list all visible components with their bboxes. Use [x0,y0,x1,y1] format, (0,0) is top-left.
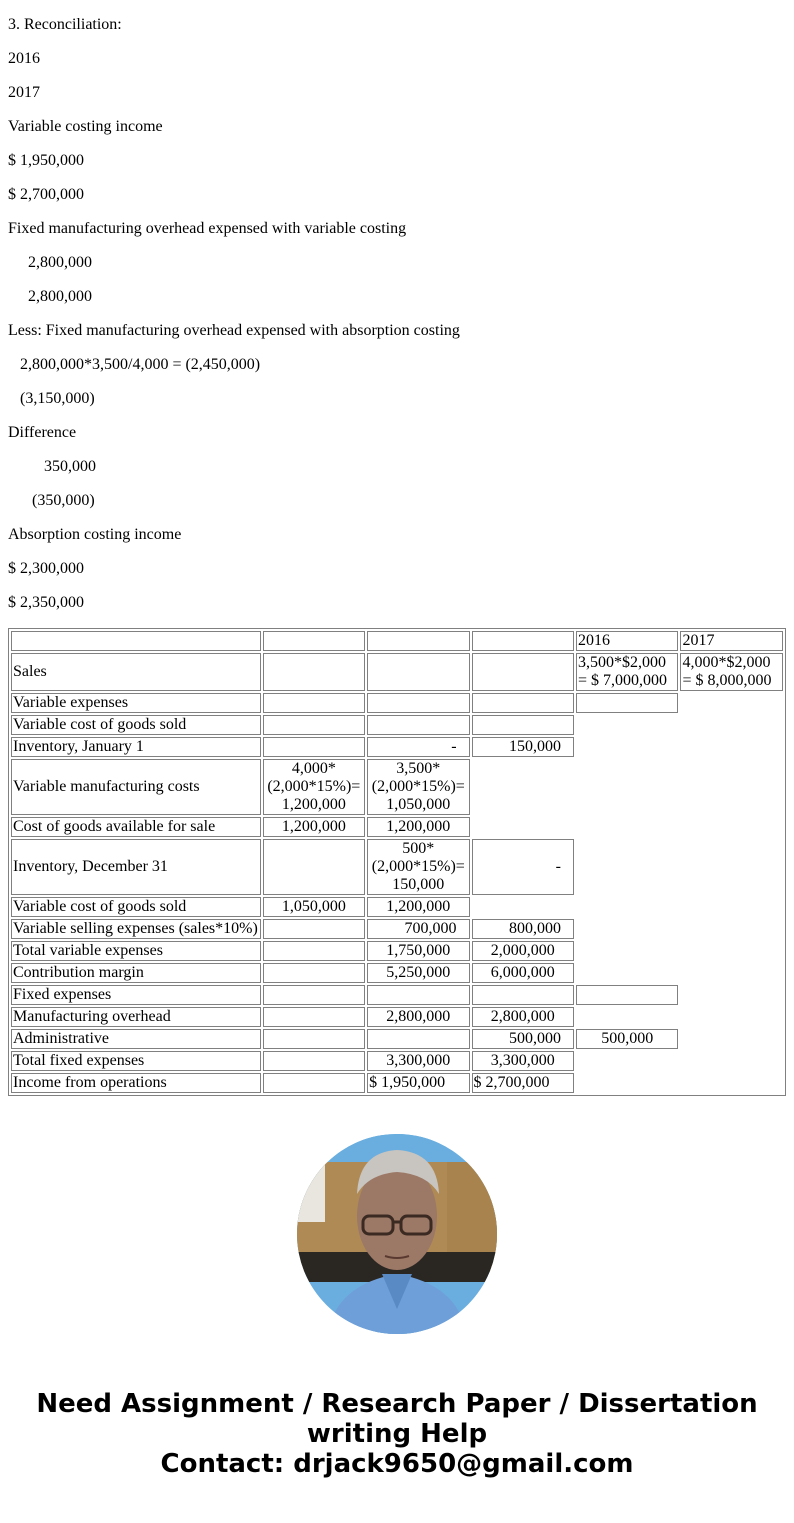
table-row: Inventory, December 31500* (2,000*15%)= … [11,839,783,895]
empty-space [680,1051,783,1071]
row-label: Variable manufacturing costs [11,759,261,815]
row-label: Fixed expenses [11,985,261,1005]
table-cell [263,653,365,691]
row-label: Variable cost of goods sold [11,715,261,735]
table-cell: 1,200,000 [367,897,469,917]
contact-banner: Need Assignment / Research Paper / Disse… [0,1389,794,1479]
table-cell: 3,500* (2,000*15%)= 1,050,000 [367,759,469,815]
table-cell: 500,000 [576,1029,678,1049]
table-cell [263,1073,365,1093]
empty-space [472,817,574,837]
table-cell: - [472,839,574,895]
table-cell [472,631,574,651]
recon-line: Variable costing income [8,118,786,136]
empty-space [680,737,783,757]
table-row: Variable cost of goods sold1,050,0001,20… [11,897,783,917]
recon-line: (3,150,000) [8,390,786,408]
table-cell [367,985,469,1005]
table-cell: 3,500*$2,000 = $ 7,000,000 [576,653,678,691]
empty-space [576,941,678,961]
table-row: Inventory, January 1-150,000 [11,737,783,757]
row-label: Income from operations [11,1073,261,1093]
empty-space [680,759,783,815]
footer-contact-email[interactable]: Contact: drjack9650@gmail.com [20,1449,774,1479]
table-row: Income from operations$ 1,950,000$ 2,700… [11,1073,783,1093]
empty-space [680,1029,783,1049]
recon-line: 2,800,000*3,500/4,000 = (2,450,000) [8,356,786,374]
table-row: Total fixed expenses3,300,0003,300,000 [11,1051,783,1071]
person-photo-icon [297,1134,497,1334]
empty-space [472,759,574,815]
document-body: 3. Reconciliation: 2016 2017 Variable co… [0,0,794,1096]
table-cell [263,693,365,713]
empty-space [680,839,783,895]
table-row: Variable selling expenses (sales*10%)700… [11,919,783,939]
table-cell: 2,800,000 [367,1007,469,1027]
table-row: Variable expenses [11,693,783,713]
table-cell: 2,000,000 [472,941,574,961]
empty-space [576,919,678,939]
row-label: Total fixed expenses [11,1051,261,1071]
recon-line: 2016 [8,50,786,68]
table-row: Variable manufacturing costs4,000* (2,00… [11,759,783,815]
table-row: Variable cost of goods sold [11,715,783,735]
empty-space [576,839,678,895]
table-cell [576,693,678,713]
table-cell [472,653,574,691]
row-label [11,631,261,651]
empty-space [680,1073,783,1093]
table-row: Sales3,500*$2,000 = $ 7,000,0004,000*$2,… [11,653,783,691]
empty-space [680,985,783,1005]
row-label: Administrative [11,1029,261,1049]
table-cell [367,1029,469,1049]
recon-line: 2,800,000 [8,254,786,272]
income-statement-table: 20162017Sales3,500*$2,000 = $ 7,000,0004… [8,628,786,1096]
recon-line: 2017 [8,84,786,102]
empty-space [576,963,678,983]
row-label: Variable expenses [11,693,261,713]
table-cell [263,715,365,735]
table-cell: 800,000 [472,919,574,939]
table-cell [367,715,469,735]
empty-space [680,919,783,939]
table-cell [263,941,365,961]
table-cell [263,963,365,983]
row-label: Manufacturing overhead [11,1007,261,1027]
table-cell: 2,800,000 [472,1007,574,1027]
table-cell: 2016 [576,631,678,651]
empty-space [576,817,678,837]
recon-line: Less: Fixed manufacturing overhead expen… [8,322,786,340]
recon-line: Difference [8,424,786,442]
row-label: Inventory, January 1 [11,737,261,757]
row-label: Variable cost of goods sold [11,897,261,917]
row-label: Variable selling expenses (sales*10%) [11,919,261,939]
table-cell [263,985,365,1005]
empty-space [680,963,783,983]
table-row: Fixed expenses [11,985,783,1005]
recon-line: $ 2,300,000 [8,560,786,578]
recon-line: $ 1,950,000 [8,152,786,170]
table-row: Cost of goods available for sale1,200,00… [11,817,783,837]
table-cell: $ 2,700,000 [472,1073,574,1093]
table-cell [263,1007,365,1027]
table-cell [263,839,365,895]
table-cell [367,693,469,713]
table-cell: 1,200,000 [263,817,365,837]
table-row: 20162017 [11,631,783,651]
table-cell: 150,000 [472,737,574,757]
table-row: Manufacturing overhead2,800,0002,800,000 [11,1007,783,1027]
reconciliation-heading: 3. Reconciliation: [8,16,786,34]
empty-space [680,941,783,961]
empty-space [680,817,783,837]
recon-line: Absorption costing income [8,526,786,544]
table-cell [263,1029,365,1049]
table-cell: - [367,737,469,757]
empty-space [472,897,574,917]
table-row: Total variable expenses1,750,0002,000,00… [11,941,783,961]
empty-space [680,1007,783,1027]
empty-space [680,897,783,917]
table-cell: 4,000* (2,000*15%)= 1,200,000 [263,759,365,815]
table-cell: 3,300,000 [367,1051,469,1071]
table-cell [367,653,469,691]
table-cell: 700,000 [367,919,469,939]
table-cell [367,631,469,651]
table-cell: 2017 [680,631,783,651]
table-cell: 5,250,000 [367,963,469,983]
recon-line: $ 2,350,000 [8,594,786,612]
empty-space [576,1073,678,1093]
footer-line-1: Need Assignment / Research Paper / Disse… [20,1389,774,1449]
row-label: Total variable expenses [11,941,261,961]
table-cell [472,985,574,1005]
empty-space [576,759,678,815]
table-cell [263,1051,365,1071]
table-cell [263,919,365,939]
table-cell [472,715,574,735]
table-cell [263,737,365,757]
empty-space [576,737,678,757]
table-cell: $ 1,950,000 [367,1073,469,1093]
table-cell: 6,000,000 [472,963,574,983]
empty-space [680,715,783,735]
table-cell: 3,300,000 [472,1051,574,1071]
empty-space [680,693,783,713]
recon-line: 2,800,000 [8,288,786,306]
empty-space [576,1051,678,1071]
table-cell: 1,750,000 [367,941,469,961]
recon-line: Fixed manufacturing overhead expensed wi… [8,220,786,238]
table-cell [576,985,678,1005]
table-cell [263,631,365,651]
table-cell [472,693,574,713]
table-cell: 1,200,000 [367,817,469,837]
row-label: Contribution margin [11,963,261,983]
table-cell: 500,000 [472,1029,574,1049]
avatar-container [0,1134,794,1339]
table-cell: 500* (2,000*15%)= 150,000 [367,839,469,895]
recon-line: $ 2,700,000 [8,186,786,204]
empty-space [576,897,678,917]
table-row: Administrative500,000500,000 [11,1029,783,1049]
recon-line: 350,000 [8,458,786,476]
empty-space [576,1007,678,1027]
table-cell: 1,050,000 [263,897,365,917]
row-label: Inventory, December 31 [11,839,261,895]
empty-space [576,715,678,735]
row-label: Cost of goods available for sale [11,817,261,837]
row-label: Sales [11,653,261,691]
table-cell: 4,000*$2,000 = $ 8,000,000 [680,653,783,691]
recon-line: (350,000) [8,492,786,510]
table-row: Contribution margin5,250,0006,000,000 [11,963,783,983]
